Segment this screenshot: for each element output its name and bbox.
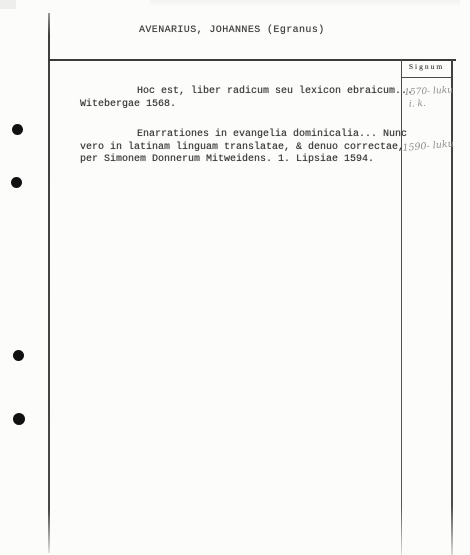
handwritten-note-line: 1570- luku (404, 84, 453, 99)
entry-line: Hoc est, liber radicum seu lexicon ebrai… (80, 86, 404, 99)
handwritten-note-line: 1590- luku (402, 139, 454, 155)
author-heading: AVENARIUS, JOHANNES (Egranus) (139, 25, 325, 38)
punch-hole-dot (11, 177, 22, 188)
signum-handwritten-note: 1590- luku (402, 139, 454, 155)
catalog-entry: Hoc est, liber radicum seu lexicon ebrai… (80, 86, 404, 111)
signum-header-bottom-rule (401, 77, 452, 78)
scan-smudge (0, 0, 16, 9)
catalog-card-page: AVENARIUS, JOHANNES (Egranus) Signum Hoc… (0, 0, 470, 555)
punch-hole-dot (13, 413, 25, 425)
left-margin-rule (48, 13, 50, 553)
entry-line: Enarrationes in evangelia dominicalia...… (80, 129, 404, 142)
signum-handwritten-note: 1570- luku i. k. (404, 84, 454, 111)
entry-line: per Simonem Donnerum Mitweidens. 1. Lips… (80, 154, 404, 167)
punch-hole-dot (13, 350, 24, 361)
catalog-entry: Enarrationes in evangelia dominicalia...… (80, 129, 404, 167)
entry-line: vero in latinam linguam translatae, & de… (80, 142, 404, 155)
entry-line: Witebergae 1568. (80, 99, 404, 112)
scan-smudge (150, 0, 460, 7)
handwritten-note-line: i. k. (405, 96, 454, 111)
signum-column-right-border (451, 59, 453, 555)
signum-column-header: Signum (401, 62, 452, 71)
punch-hole-dot (12, 124, 23, 135)
table-top-rule (48, 59, 456, 61)
